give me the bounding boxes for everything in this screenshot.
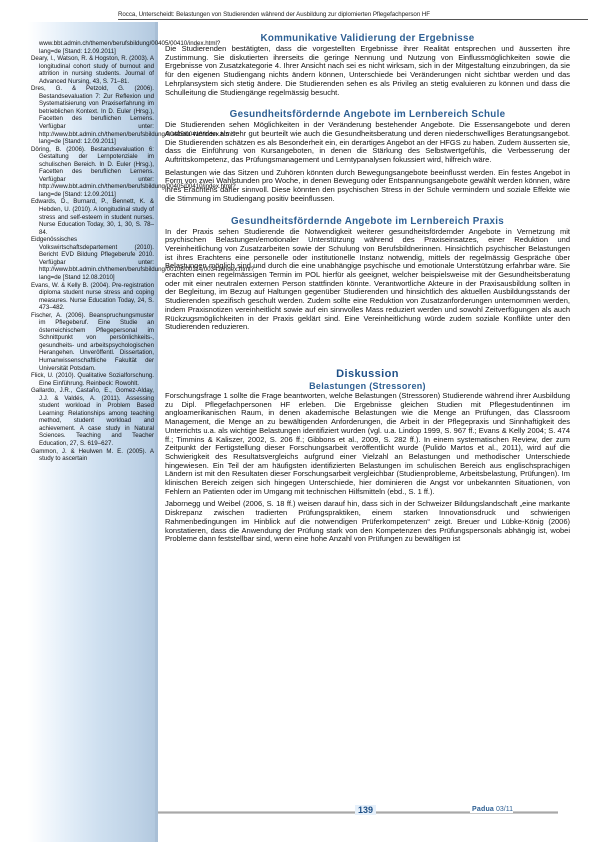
reference-item: Döring, B. (2006). Bestandsevaluation 6:… <box>31 146 154 199</box>
reference-item: Deary, I., Watson, R. & Hogston, R. (200… <box>31 55 154 85</box>
running-header: Rocca, Unterscheidt: Belastungen von Stu… <box>118 11 588 20</box>
reference-item: Flick, U. (2010). Qualitative Sozialfors… <box>31 372 154 387</box>
paragraph: Forschungsfrage 1 sollte die Frage beant… <box>165 392 570 496</box>
main-text-column: Kommunikative Validierung der Ergebnisse… <box>165 33 570 544</box>
reference-item: Gammon, J. & Heulwen M. E. (2005). A stu… <box>31 448 154 463</box>
paragraph: Belastungen wie das Sitzen und Zuhören k… <box>165 169 570 204</box>
sidebar-divider <box>155 22 158 842</box>
journal-name: Padua <box>472 806 494 813</box>
discussion-title: Diskussion <box>165 368 570 381</box>
journal-issue: 03/11 <box>496 806 513 813</box>
reference-item: www.bbt.admin.ch/themen/berufsbildung/00… <box>31 40 154 55</box>
paragraph: Jabornegg und Weibel (2006, S. 18 ff.) w… <box>165 500 570 544</box>
reference-item: Dres, G. & Petzold, G. (2006). Bestandse… <box>31 85 154 145</box>
section-heading-practice: Gesundheitsfördernde Angebote im Lernber… <box>165 216 570 228</box>
reference-item: Evans, W. & Kelly B. (2004). Pre-registr… <box>31 282 154 312</box>
reference-item: Gallardo, J.R., Castaño, E., Gomez-Alday… <box>31 387 154 447</box>
paragraph: Die Studierenden sehen Möglichkeiten in … <box>165 121 570 165</box>
reference-item: Edwards, D., Burnard, P., Bennett, K. & … <box>31 198 154 236</box>
page-number: 139 <box>355 805 376 815</box>
reference-item: Eidgenössisches Volkswirtschaftsdepartem… <box>31 236 154 281</box>
paragraph: Die Studierenden bestätigten, dass die v… <box>165 45 570 97</box>
reference-list: www.bbt.admin.ch/themen/berufsbildung/00… <box>31 40 154 463</box>
paragraph: In der Praxis sehen Studierende die Notw… <box>165 228 570 332</box>
journal-reference: Padua 03/11 <box>470 806 513 813</box>
reference-item: Fischer, A. (2006). Beanspruchungsmuster… <box>31 312 154 372</box>
